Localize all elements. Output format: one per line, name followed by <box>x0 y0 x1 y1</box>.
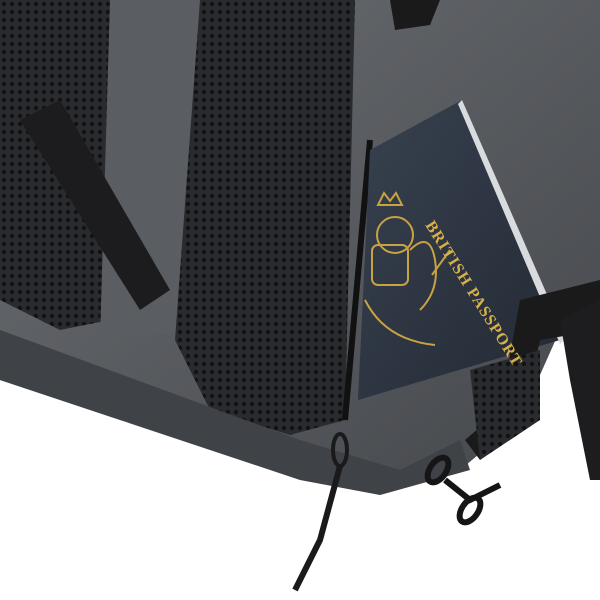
backpack-illustration <box>0 0 600 600</box>
product-photo: BRITISH PASSPORT <box>0 0 600 600</box>
mesh-panel-center <box>175 0 355 435</box>
